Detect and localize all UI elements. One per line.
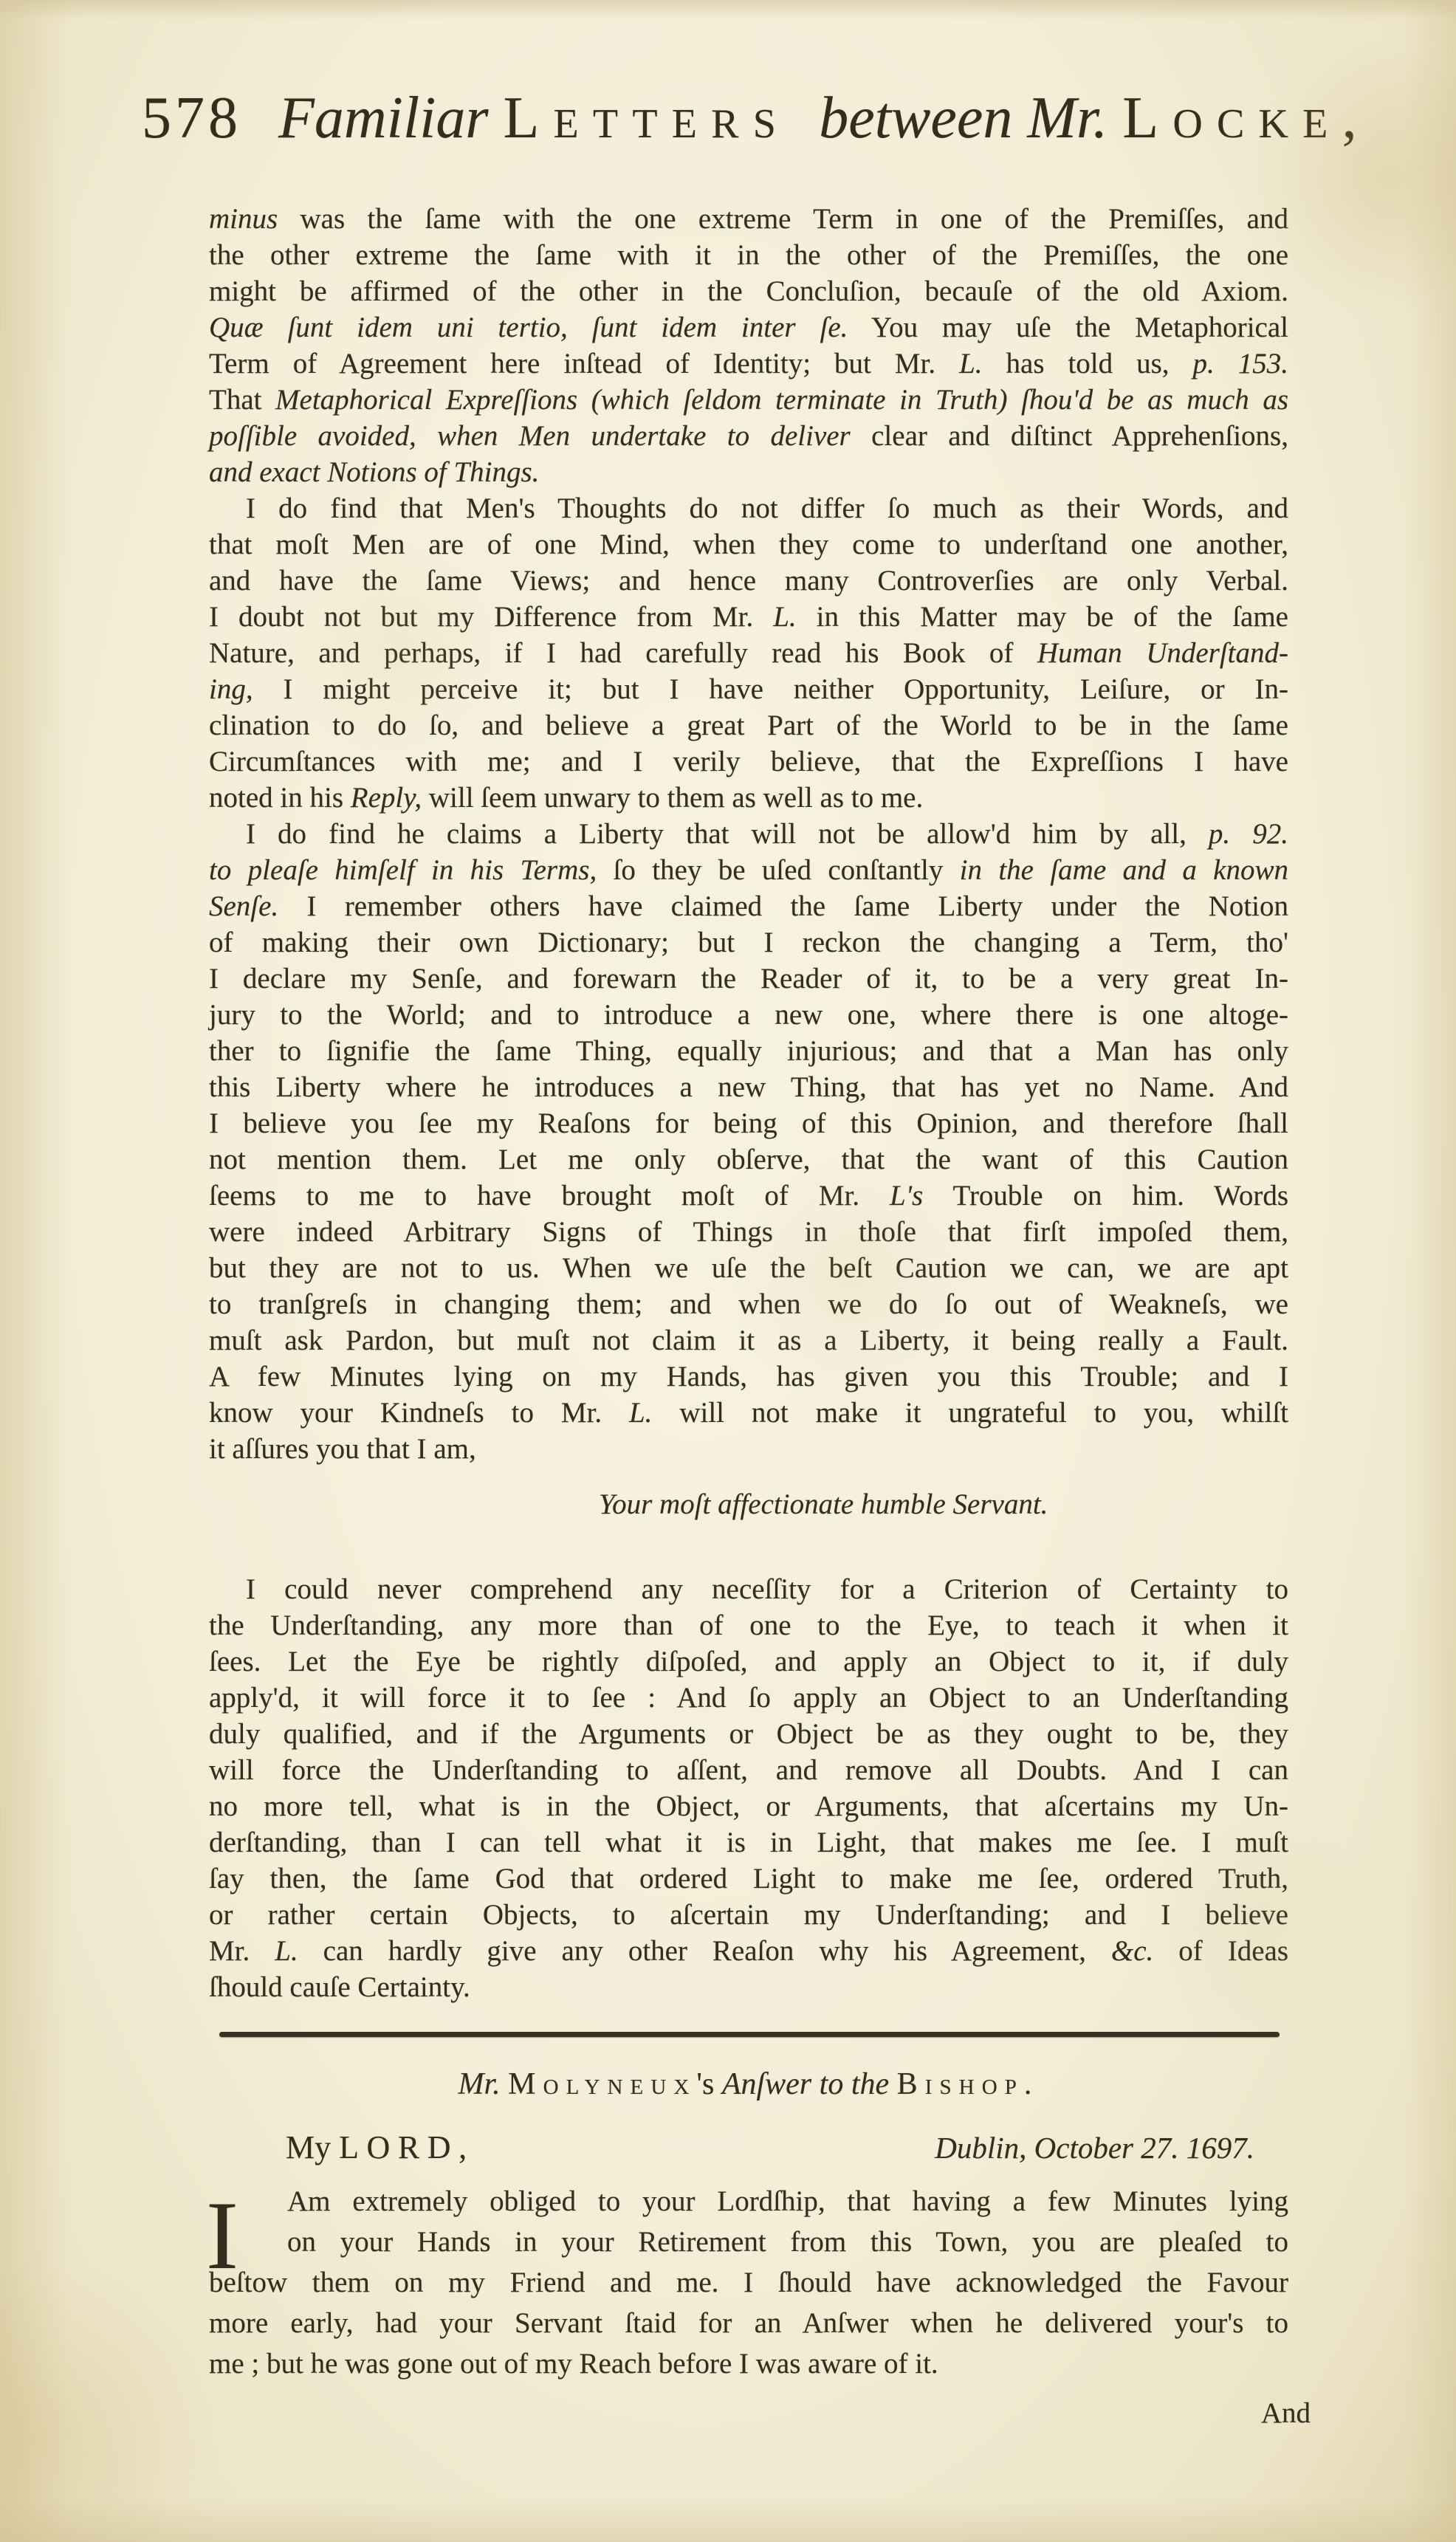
text-segment: on your Hands in your Retirement from th… <box>287 2226 1288 2258</box>
text-segment: Letters <box>503 86 819 151</box>
text-line: of making their own Dictionary; but I re… <box>209 924 1288 961</box>
text-line: noted in his Reply, will ſeem unwary to … <box>209 780 1288 816</box>
text-segment: Locke, <box>1122 86 1371 151</box>
text-segment: p. 153. <box>1193 348 1288 379</box>
text-line: but they are not to us. When we uſe the … <box>209 1250 1288 1286</box>
text-segment: was the ſame with the one extreme Term i… <box>278 203 1288 235</box>
text-segment: will ſeem unwary to them as well as to m… <box>422 782 923 814</box>
text-segment: in this Matter may be of the ſame <box>797 601 1288 633</box>
text-segment: I do find that Men's Thoughts do not dif… <box>246 492 1288 524</box>
text-segment: Circumſtances with me; and I verily beli… <box>209 746 1288 777</box>
paragraph-criterion: I could never comprehend any neceſſity f… <box>209 1571 1288 2005</box>
text-segment: will force the Underſtanding to aſſent, … <box>209 1754 1288 1786</box>
text-line: or rather certain Objects, to aſcertain … <box>209 1897 1288 1933</box>
text-segment: poſſible avoided, when Men undertake to … <box>209 420 871 452</box>
text-line: not mention them. Let me only obſerve, t… <box>209 1141 1288 1178</box>
text-segment: ſo they be uſed conſtantly <box>597 854 959 886</box>
text-segment: p. 92. <box>1209 818 1288 850</box>
text-segment: me ; but he was gone out of my Reach bef… <box>209 2348 938 2380</box>
text-segment: Metaphorical Expreſſions (which ſeldom t… <box>275 384 1288 416</box>
text-segment: ther to ſignifie the ſame Thing, equally… <box>209 1035 1288 1067</box>
text-line: That Metaphorical Expreſſions (which ſel… <box>209 382 1288 418</box>
text-line: duly qualified, and if the Arguments or … <box>209 1716 1288 1752</box>
text-segment: Nature, and perhaps, if I had carefully … <box>209 637 1037 669</box>
text-segment: apply'd, it will force it to ſee : And ſ… <box>209 1682 1288 1714</box>
text-segment: ſeems to me to have brought moſt of Mr. <box>209 1180 890 1212</box>
text-line: ſay then, the ſame God that ordered Ligh… <box>209 1861 1288 1897</box>
signature-line: Your moſt affectionate humble Servant. <box>599 1486 1048 1522</box>
text-segment: will not make it ungrateful to you, whil… <box>652 1397 1288 1429</box>
text-segment: but they are not to us. When we uſe the … <box>209 1252 1288 1284</box>
paragraph-liberty: I do find he claims a Liberty that will … <box>209 816 1288 1467</box>
text-segment: Trouble on him. Words <box>923 1180 1288 1212</box>
text-segment: I might perceive it; but I have neither … <box>253 673 1288 705</box>
text-line: know your Kindneſs to Mr. L. will not ma… <box>209 1395 1288 1431</box>
text-line: I believe you ſee my Reaſons for being o… <box>209 1105 1288 1141</box>
text-segment: &c. <box>1111 1935 1153 1967</box>
text-segment: jury to the World; and to introduce a ne… <box>209 999 1288 1031</box>
text-segment: I remember others have claimed the ſame … <box>278 890 1288 922</box>
text-segment: and have the ſame Views; and hence many … <box>209 565 1288 597</box>
text-line: that moſt Men are of one Mind, when they… <box>209 526 1288 563</box>
text-line: me ; but he was gone out of my Reach bef… <box>209 2343 1288 2384</box>
text-segment: to tranſgreſs in changing them; and when… <box>209 1288 1288 1320</box>
text-line: I doubt not but my Difference from Mr. L… <box>209 599 1288 635</box>
text-segment: noted in his <box>209 782 351 814</box>
text-segment: I declare my Senſe, and forewarn the Rea… <box>209 963 1288 995</box>
text-line: I do find that Men's Thoughts do not dif… <box>209 490 1288 526</box>
text-segment: Quæ ſunt idem uni tertio, ſunt idem inte… <box>209 312 848 343</box>
page-number: 578 <box>142 86 241 151</box>
text-line: ſeems to me to have brought moſt of Mr. … <box>209 1178 1288 1214</box>
letter-lines: Am extremely obliged to your Lordſhip, t… <box>209 2181 1288 2384</box>
text-segment: L. <box>275 1935 298 1967</box>
text-segment: of Ideas <box>1153 1935 1288 1967</box>
text-segment: 's <box>696 2067 721 2101</box>
text-line: beſtow them on my Friend and me. I ſhoul… <box>209 2262 1288 2303</box>
text-line: jury to the World; and to introduce a ne… <box>209 997 1288 1033</box>
text-line: will force the Underſtanding to aſſent, … <box>209 1752 1288 1788</box>
text-segment: I believe you ſee my Reaſons for being o… <box>209 1107 1288 1139</box>
text-line: this Liberty where he introduces a new T… <box>209 1069 1288 1105</box>
text-segment: ſay then, the ſame God that ordered Ligh… <box>209 1863 1288 1895</box>
paragraph-minus: minus was the ſame with the one extreme … <box>209 201 1288 490</box>
text-segment: no more tell, what is in the Object, or … <box>209 1790 1288 1822</box>
text-segment: has told us, <box>983 348 1193 379</box>
text-segment: A few Minutes lying on my Hands, has giv… <box>209 1361 1288 1392</box>
text-segment: Familiar <box>278 86 503 151</box>
text-line: no more tell, what is in the Object, or … <box>209 1788 1288 1824</box>
text-segment: derſtanding, than I can tell what it is … <box>209 1827 1288 1858</box>
text-line: clination to do ſo, and believe a great … <box>209 707 1288 743</box>
text-line: apply'd, it will force it to ſee : And ſ… <box>209 1680 1288 1716</box>
text-segment: of making their own Dictionary; but I re… <box>209 927 1288 958</box>
text-segment: Human Underſtand- <box>1037 637 1288 669</box>
text-line: ing, I might perceive it; but I have nei… <box>209 671 1288 707</box>
text-segment: know your Kindneſs to Mr. <box>209 1397 629 1429</box>
text-line: the other extreme the ſame with it in th… <box>209 237 1288 273</box>
text-segment: You may uſe the Metaphorical <box>848 312 1288 343</box>
text-segment: That <box>209 384 275 416</box>
text-line: Senſe. I remember others have claimed th… <box>209 888 1288 924</box>
text-segment: duly qualified, and if the Arguments or … <box>209 1718 1288 1750</box>
page-header: 578 Familiar Letters between Mr. Locke, <box>142 86 1367 151</box>
text-segment: L. <box>629 1397 652 1429</box>
text-line: I could never comprehend any neceſſity f… <box>209 1571 1288 1607</box>
text-line: ſees. Let the Eye be rightly diſpoſed, a… <box>209 1643 1288 1680</box>
catchword: And <box>231 2395 1311 2431</box>
text-segment: in the ſame and a known <box>960 854 1288 886</box>
text-segment: I could never comprehend any neceſſity f… <box>246 1573 1288 1605</box>
text-segment: that moſt Men are of one Mind, when they… <box>209 529 1288 560</box>
text-segment: the other extreme the ſame with it in th… <box>209 239 1288 271</box>
text-line: poſſible avoided, when Men undertake to … <box>209 418 1288 454</box>
text-line: Mr. L. can hardly give any other Reaſon … <box>209 1933 1288 1969</box>
text-line: I declare my Senſe, and forewarn the Rea… <box>209 961 1288 997</box>
text-segment: LORD, <box>339 2129 475 2165</box>
text-line: Quæ ſunt idem uni tertio, ſunt idem inte… <box>209 309 1288 346</box>
text-segment: the Underſtanding, any more than of one … <box>209 1610 1288 1641</box>
salutation: My LORD, <box>286 2129 475 2165</box>
text-segment: or rather certain Objects, to aſcertain … <box>209 1899 1288 1931</box>
text-segment: Mr. <box>209 1935 275 1967</box>
text-segment: clear and diſtinct Apprehenſions, <box>871 420 1288 452</box>
text-line: it aſſures you that I am, <box>209 1431 1288 1467</box>
text-line: to tranſgreſs in changing them; and when… <box>209 1286 1288 1322</box>
text-line: more early, had your Servant ſtaid for a… <box>209 2303 1288 2343</box>
text-line: were indeed Arbitrary Signs of Things in… <box>209 1214 1288 1250</box>
section-divider-rule <box>219 2032 1280 2037</box>
text-segment: Senſe. <box>209 890 278 922</box>
text-segment: clination to do ſo, and believe a great … <box>209 710 1288 741</box>
text-line: Nature, and perhaps, if I had carefully … <box>209 635 1288 671</box>
text-segment: Am extremely obliged to your Lordſhip, t… <box>287 2185 1288 2217</box>
text-segment: might be affirmed of the other in the Co… <box>209 275 1288 307</box>
text-line: I do find he claims a Liberty that will … <box>209 816 1288 852</box>
text-line: ther to ſignifie the ſame Thing, equally… <box>209 1033 1288 1069</box>
text-segment: L. <box>959 348 982 379</box>
text-segment: Mr. <box>458 2067 508 2101</box>
running-title: Familiar Letters between Mr. Locke, <box>278 86 1371 151</box>
text-segment: Term of Agreement here inſtead of Identi… <box>209 348 959 379</box>
text-line: Am extremely obliged to your Lordſhip, t… <box>209 2181 1288 2222</box>
text-segment: L's <box>890 1180 923 1212</box>
text-line: and have the ſame Views; and hence many … <box>209 563 1288 599</box>
section-heading: Mr. Molyneux's Anſwer to the Bishop. <box>209 2067 1288 2103</box>
salutation-row: My LORD, Dublin, October 27. 1697. <box>209 2129 1288 2166</box>
text-segment: Molyneux <box>508 2067 696 2101</box>
text-segment: I doubt not but my Difference from Mr. <box>209 601 773 633</box>
text-segment: can hardly give any other Reaſon why his… <box>298 1935 1111 1967</box>
text-segment: beſtow them on my Friend and me. I ſhoul… <box>209 2267 1288 2298</box>
text-segment: muſt ask Pardon, but muſt not claim it a… <box>209 1325 1288 1356</box>
text-line: to pleaſe himſelf in his Terms, ſo they … <box>209 852 1288 888</box>
text-line: the Underſtanding, any more than of one … <box>209 1607 1288 1643</box>
text-line: might be affirmed of the other in the Co… <box>209 273 1288 309</box>
text-segment: to pleaſe himſelf in his Terms, <box>209 854 597 886</box>
text-line: on your Hands in your Retirement from th… <box>209 2222 1288 2262</box>
text-segment: were indeed Arbitrary Signs of Things in… <box>209 1216 1288 1248</box>
text-segment: Bishop. <box>897 2067 1040 2101</box>
text-line: Term of Agreement here inſtead of Identi… <box>209 346 1288 382</box>
text-line: A few Minutes lying on my Hands, has giv… <box>209 1358 1288 1395</box>
text-segment: it aſſures you that I am, <box>209 1433 476 1465</box>
text-segment: L. <box>773 601 796 633</box>
text-line: and exact Notions of Things. <box>209 454 1288 490</box>
text-segment: ſees. Let the Eye be rightly diſpoſed, a… <box>209 1646 1288 1677</box>
dateline: Dublin, October 27. 1697. <box>935 2130 1254 2166</box>
drop-cap-initial: I <box>206 2187 238 2284</box>
text-segment: between Mr. <box>819 86 1122 151</box>
text-line: ſhould cauſe Certainty. <box>209 1969 1288 2005</box>
text-segment: and exact Notions of Things. <box>209 456 539 488</box>
book-page-scan: 578 Familiar Letters between Mr. Locke, … <box>0 0 1456 2542</box>
text-segment: more early, had your Servant ſtaid for a… <box>209 2307 1288 2339</box>
text-segment: ſhould cauſe Certainty. <box>209 1971 470 2003</box>
text-segment: this Liberty where he introduces a new T… <box>209 1071 1288 1103</box>
text-segment: minus <box>209 203 278 235</box>
text-line: Circumſtances with me; and I verily beli… <box>209 743 1288 780</box>
paragraph-thoughts: I do find that Men's Thoughts do not dif… <box>209 490 1288 816</box>
text-segment: ing, <box>209 673 253 705</box>
text-line: derſtanding, than I can tell what it is … <box>209 1824 1288 1861</box>
text-segment: Reply, <box>351 782 422 814</box>
text-segment: I do find he claims a Liberty that will … <box>246 818 1209 850</box>
text-line: muſt ask Pardon, but muſt not claim it a… <box>209 1322 1288 1358</box>
letter-body: I Am extremely obliged to your Lordſhip,… <box>209 2181 1288 2384</box>
text-line: minus was the ſame with the one extreme … <box>209 201 1288 237</box>
text-segment: Anſwer to the <box>722 2067 897 2101</box>
text-segment: not mention them. Let me only obſerve, t… <box>209 1144 1288 1175</box>
text-segment: My <box>286 2129 339 2165</box>
